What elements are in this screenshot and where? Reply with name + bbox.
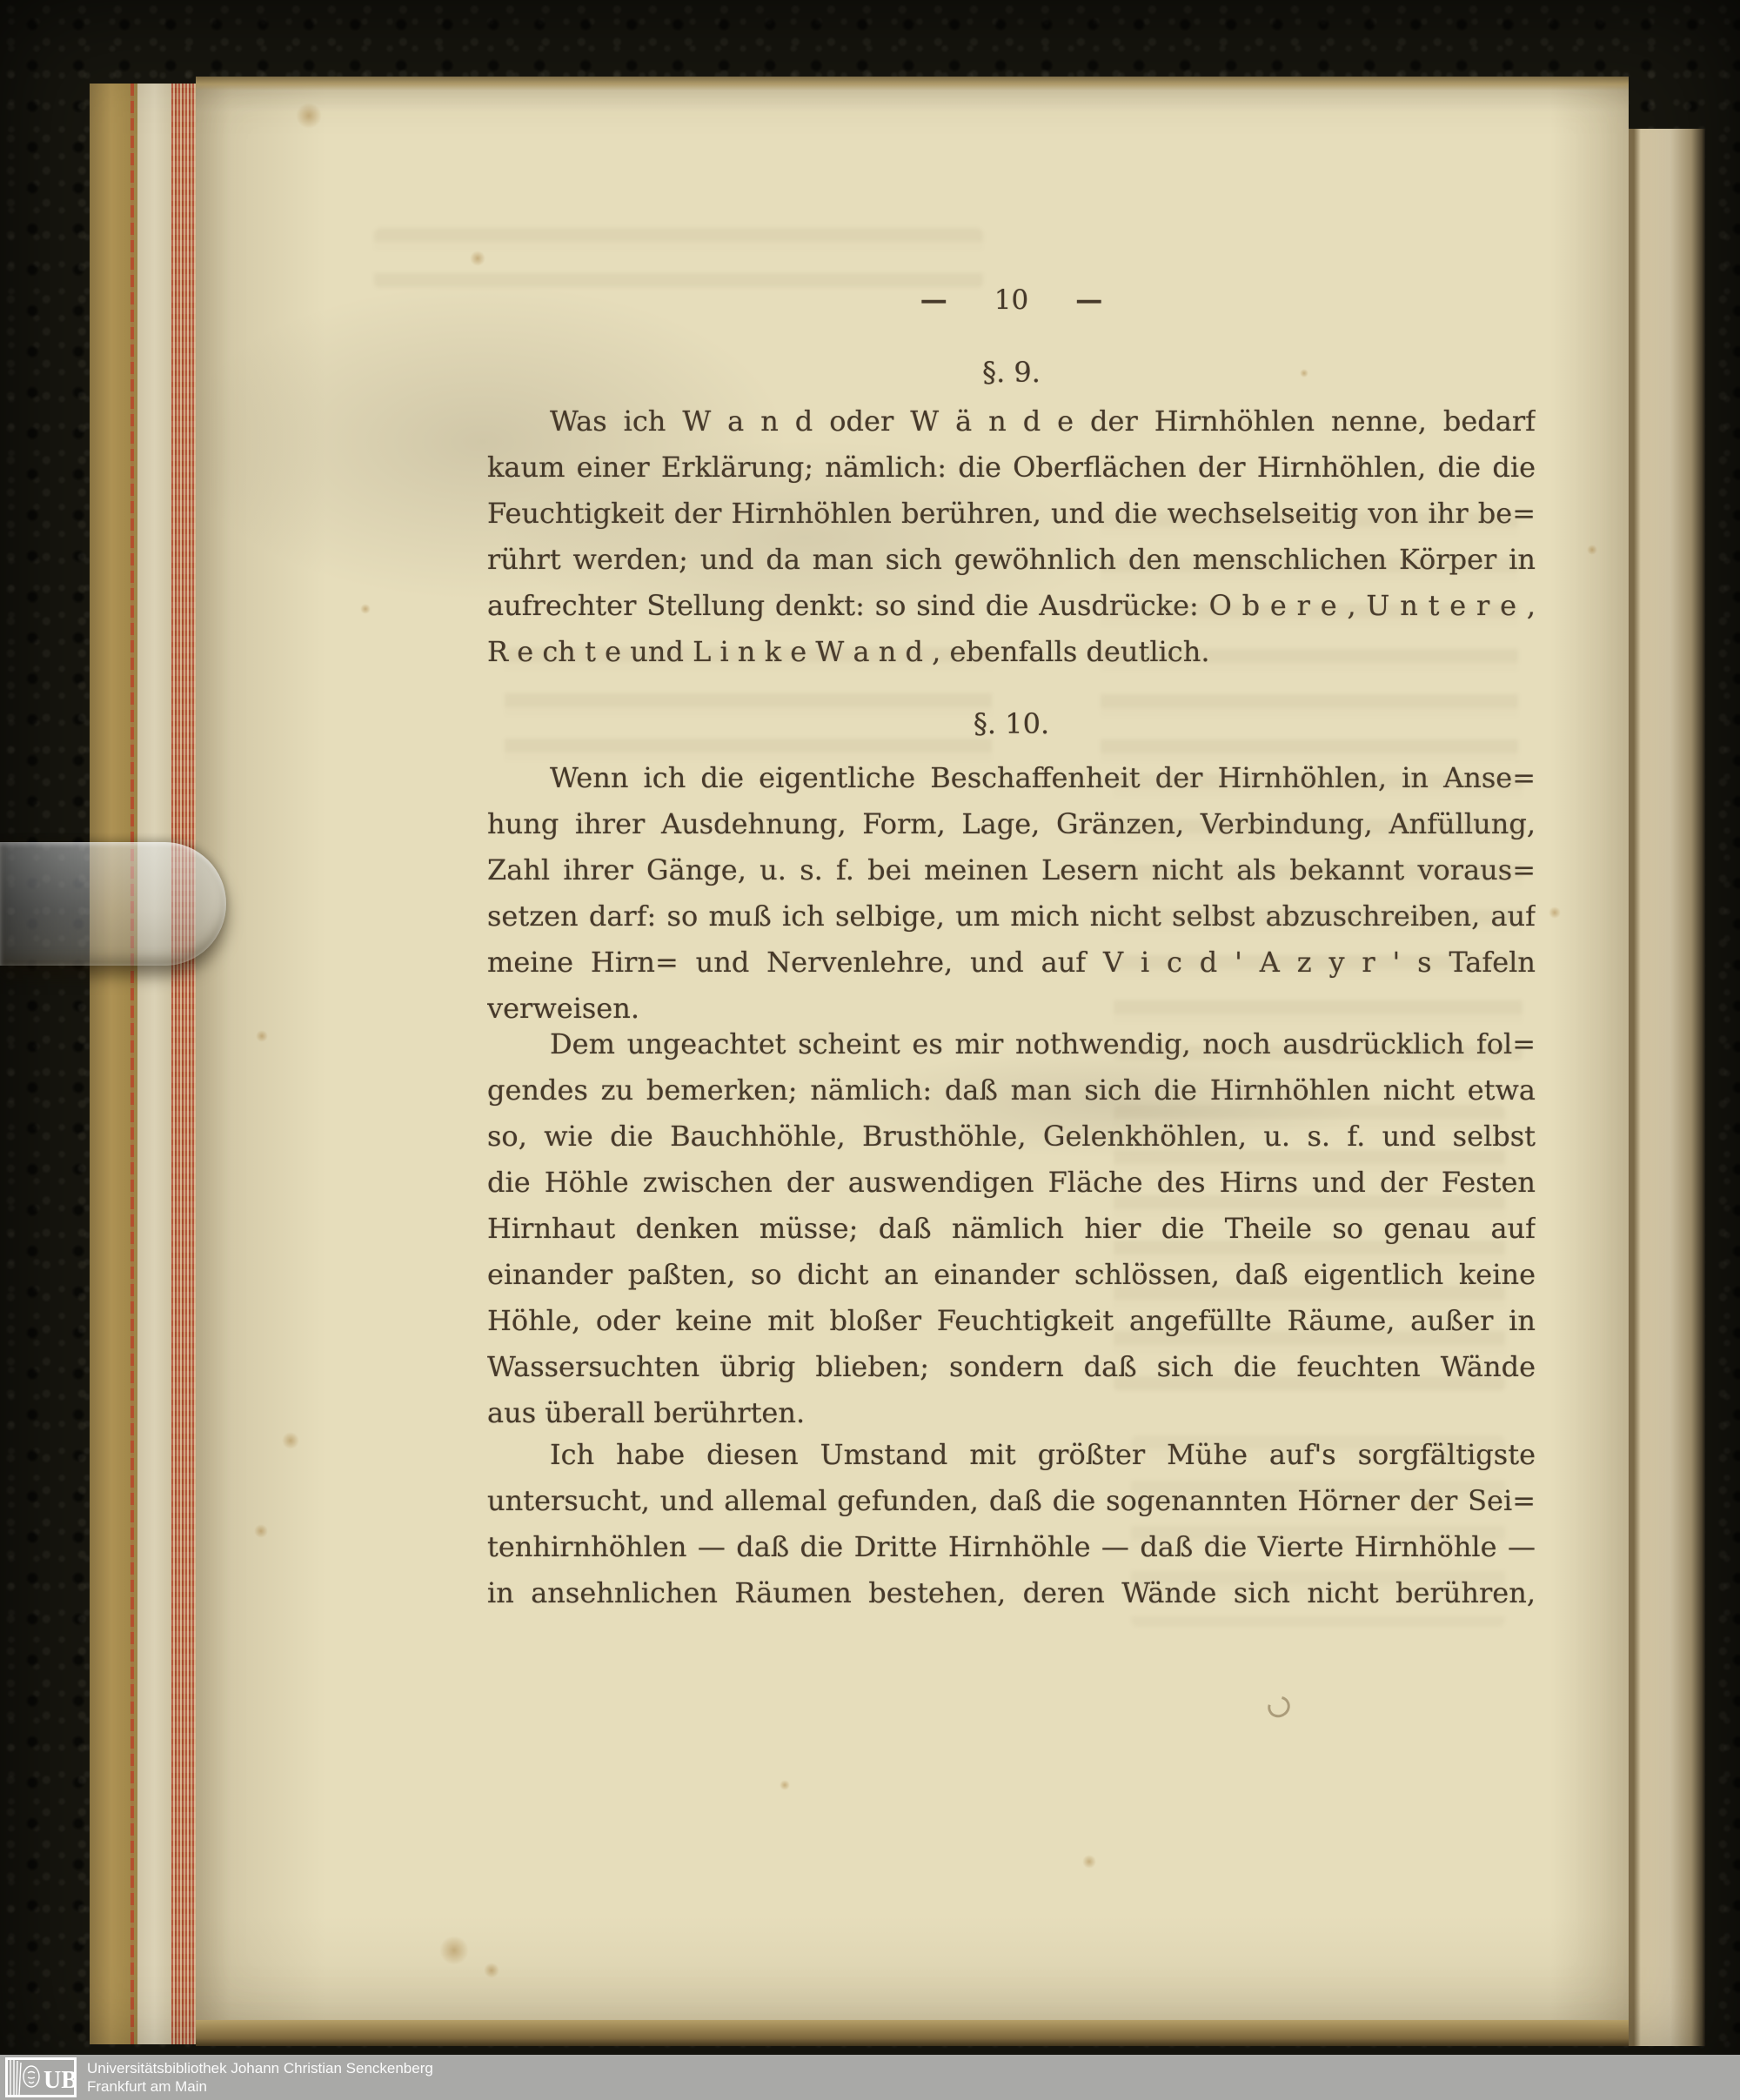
show-through-smudge (374, 228, 983, 289)
foxing-spot (296, 103, 322, 129)
page-number: 10 (994, 280, 1028, 320)
show-through-smudge (1131, 1435, 1505, 1627)
text-line: aus überall berührten. (487, 1390, 1536, 1436)
text-line: Was ich W a n d oder W ä n d e der Hirnh… (487, 398, 1536, 445)
foxing-spot (439, 1936, 469, 1965)
foxing-spot (1300, 369, 1308, 378)
ub-library-logo: UB (5, 2057, 77, 2097)
foxing-spot (1422, 1500, 1434, 1512)
library-name: Universitätsbibliothek Johann Christian … (87, 2059, 433, 2077)
show-through-smudge (505, 648, 992, 779)
ub-logo-text: UB (43, 2067, 77, 2094)
foxing-spot (1549, 906, 1561, 919)
foxing-spot (1082, 1855, 1096, 1869)
foxing-spot (470, 251, 485, 266)
transparent-page-holder (0, 842, 226, 966)
foxing-spot (1587, 545, 1597, 555)
page-stack-red-fore-edge (171, 84, 197, 2044)
show-through-smudge (1101, 513, 1518, 774)
foxing-spot (360, 604, 371, 614)
foxing-spot (484, 1963, 499, 1978)
foxing-spot (282, 1432, 299, 1449)
foxing-spot (780, 1780, 790, 1790)
library-location: Frankfurt am Main (87, 2077, 433, 2096)
section-9-heading: §. 9. (487, 350, 1536, 396)
show-through-smudge (1114, 1105, 1505, 1392)
page-stack-red-line (130, 84, 134, 2044)
foxing-spot (254, 1524, 268, 1538)
library-watermark-banner: UB Universitätsbibliothek Johann Christi… (0, 2055, 1740, 2100)
ink-smudge-mark (1264, 1692, 1295, 1722)
page-stack-bottom-edge (196, 2020, 1636, 2046)
text-line: kaum einer Erklärung; nämlich: die Oberf… (487, 445, 1536, 491)
book-scan: — 10 — §. 9. Was ich W a n d oder W ä n … (0, 0, 1740, 2100)
header-dash-right: — (1075, 280, 1102, 320)
page-stack-white-edge (137, 84, 171, 2044)
foxing-spot (256, 1030, 268, 1042)
next-page-edge (1629, 129, 1705, 2046)
show-through-smudge (1114, 774, 1522, 1061)
